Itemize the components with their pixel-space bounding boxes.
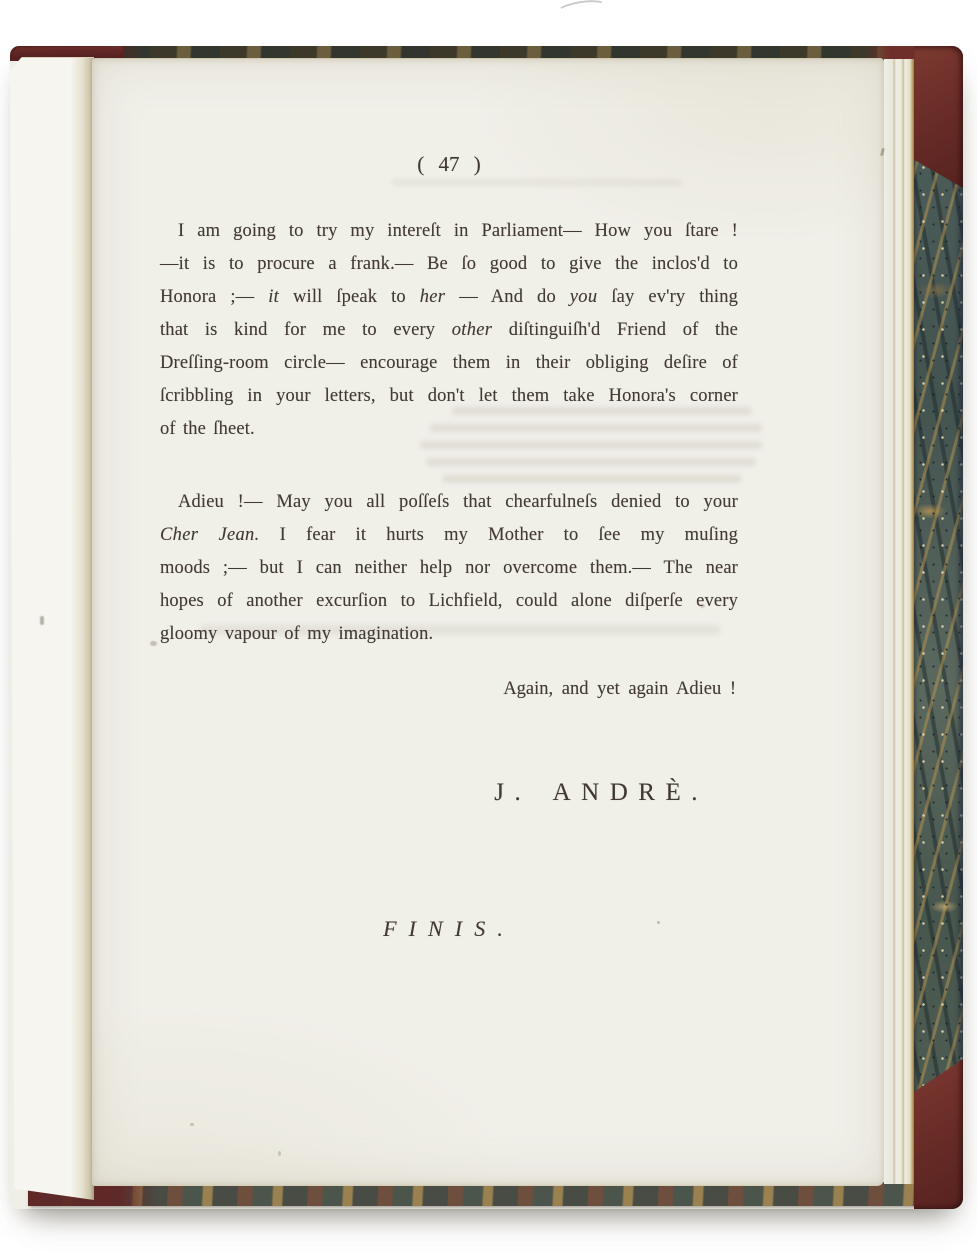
paper-flaw-mark [40, 616, 44, 625]
fore-edge-leaves [884, 59, 914, 1184]
signature-line: J. ANDRÈ. [160, 776, 708, 810]
closing-farewell-line: Again, and yet again Adieu ! [160, 673, 738, 706]
text-line: —it is to procure a frank.— Be ſo good t… [160, 248, 738, 281]
text-line: Honora ;— it will ſpeak to her — And do … [160, 281, 738, 314]
paper-stain [190, 1123, 194, 1126]
letter-text-block: ( 47 ) I am going to try my intereſt in … [160, 59, 738, 944]
paragraph: Adieu !— May you all poſſeſs that chearf… [160, 486, 738, 651]
text-line: Cher Jean. I fear it hurts my Mother to … [160, 519, 738, 552]
text-line: moods ;— but I can neither help nor over… [160, 552, 738, 585]
facing-page-sliver [10, 57, 94, 1200]
text-line: I am going to try my intereſt in Parliam… [160, 215, 738, 248]
marbled-board [914, 46, 963, 1209]
text-line: Adieu !— May you all poſſeſs that chearf… [160, 486, 738, 519]
page-number-header: ( 47 ) [160, 151, 738, 177]
paper-stain [150, 641, 157, 646]
finis-colophon: FINIS. [160, 914, 738, 944]
text-line: ſcribbling in your letters, but don't le… [160, 380, 738, 413]
printed-page: ( 47 ) I am going to try my intereſt in … [92, 58, 884, 1186]
text-line: that is kind for me to every other diſti… [160, 314, 738, 347]
paper-stain [278, 1151, 281, 1156]
open-book: ( 47 ) I am going to try my intereſt in … [10, 46, 963, 1209]
text-line: Dreſſing-room circle— encourage them in … [160, 347, 738, 380]
paragraph: I am going to try my intereſt in Parliam… [160, 215, 738, 446]
text-line: of the ſheet. [160, 413, 738, 446]
letter-body: I am going to try my intereſt in Parliam… [160, 215, 738, 651]
photo-artifact-mark [555, 0, 606, 20]
book-photograph: ( 47 ) I am going to try my intereſt in … [0, 0, 977, 1260]
text-line: hopes of another excurſion to Lichfield,… [160, 585, 738, 618]
text-line: gloomy vapour of my imagination. [160, 618, 738, 651]
